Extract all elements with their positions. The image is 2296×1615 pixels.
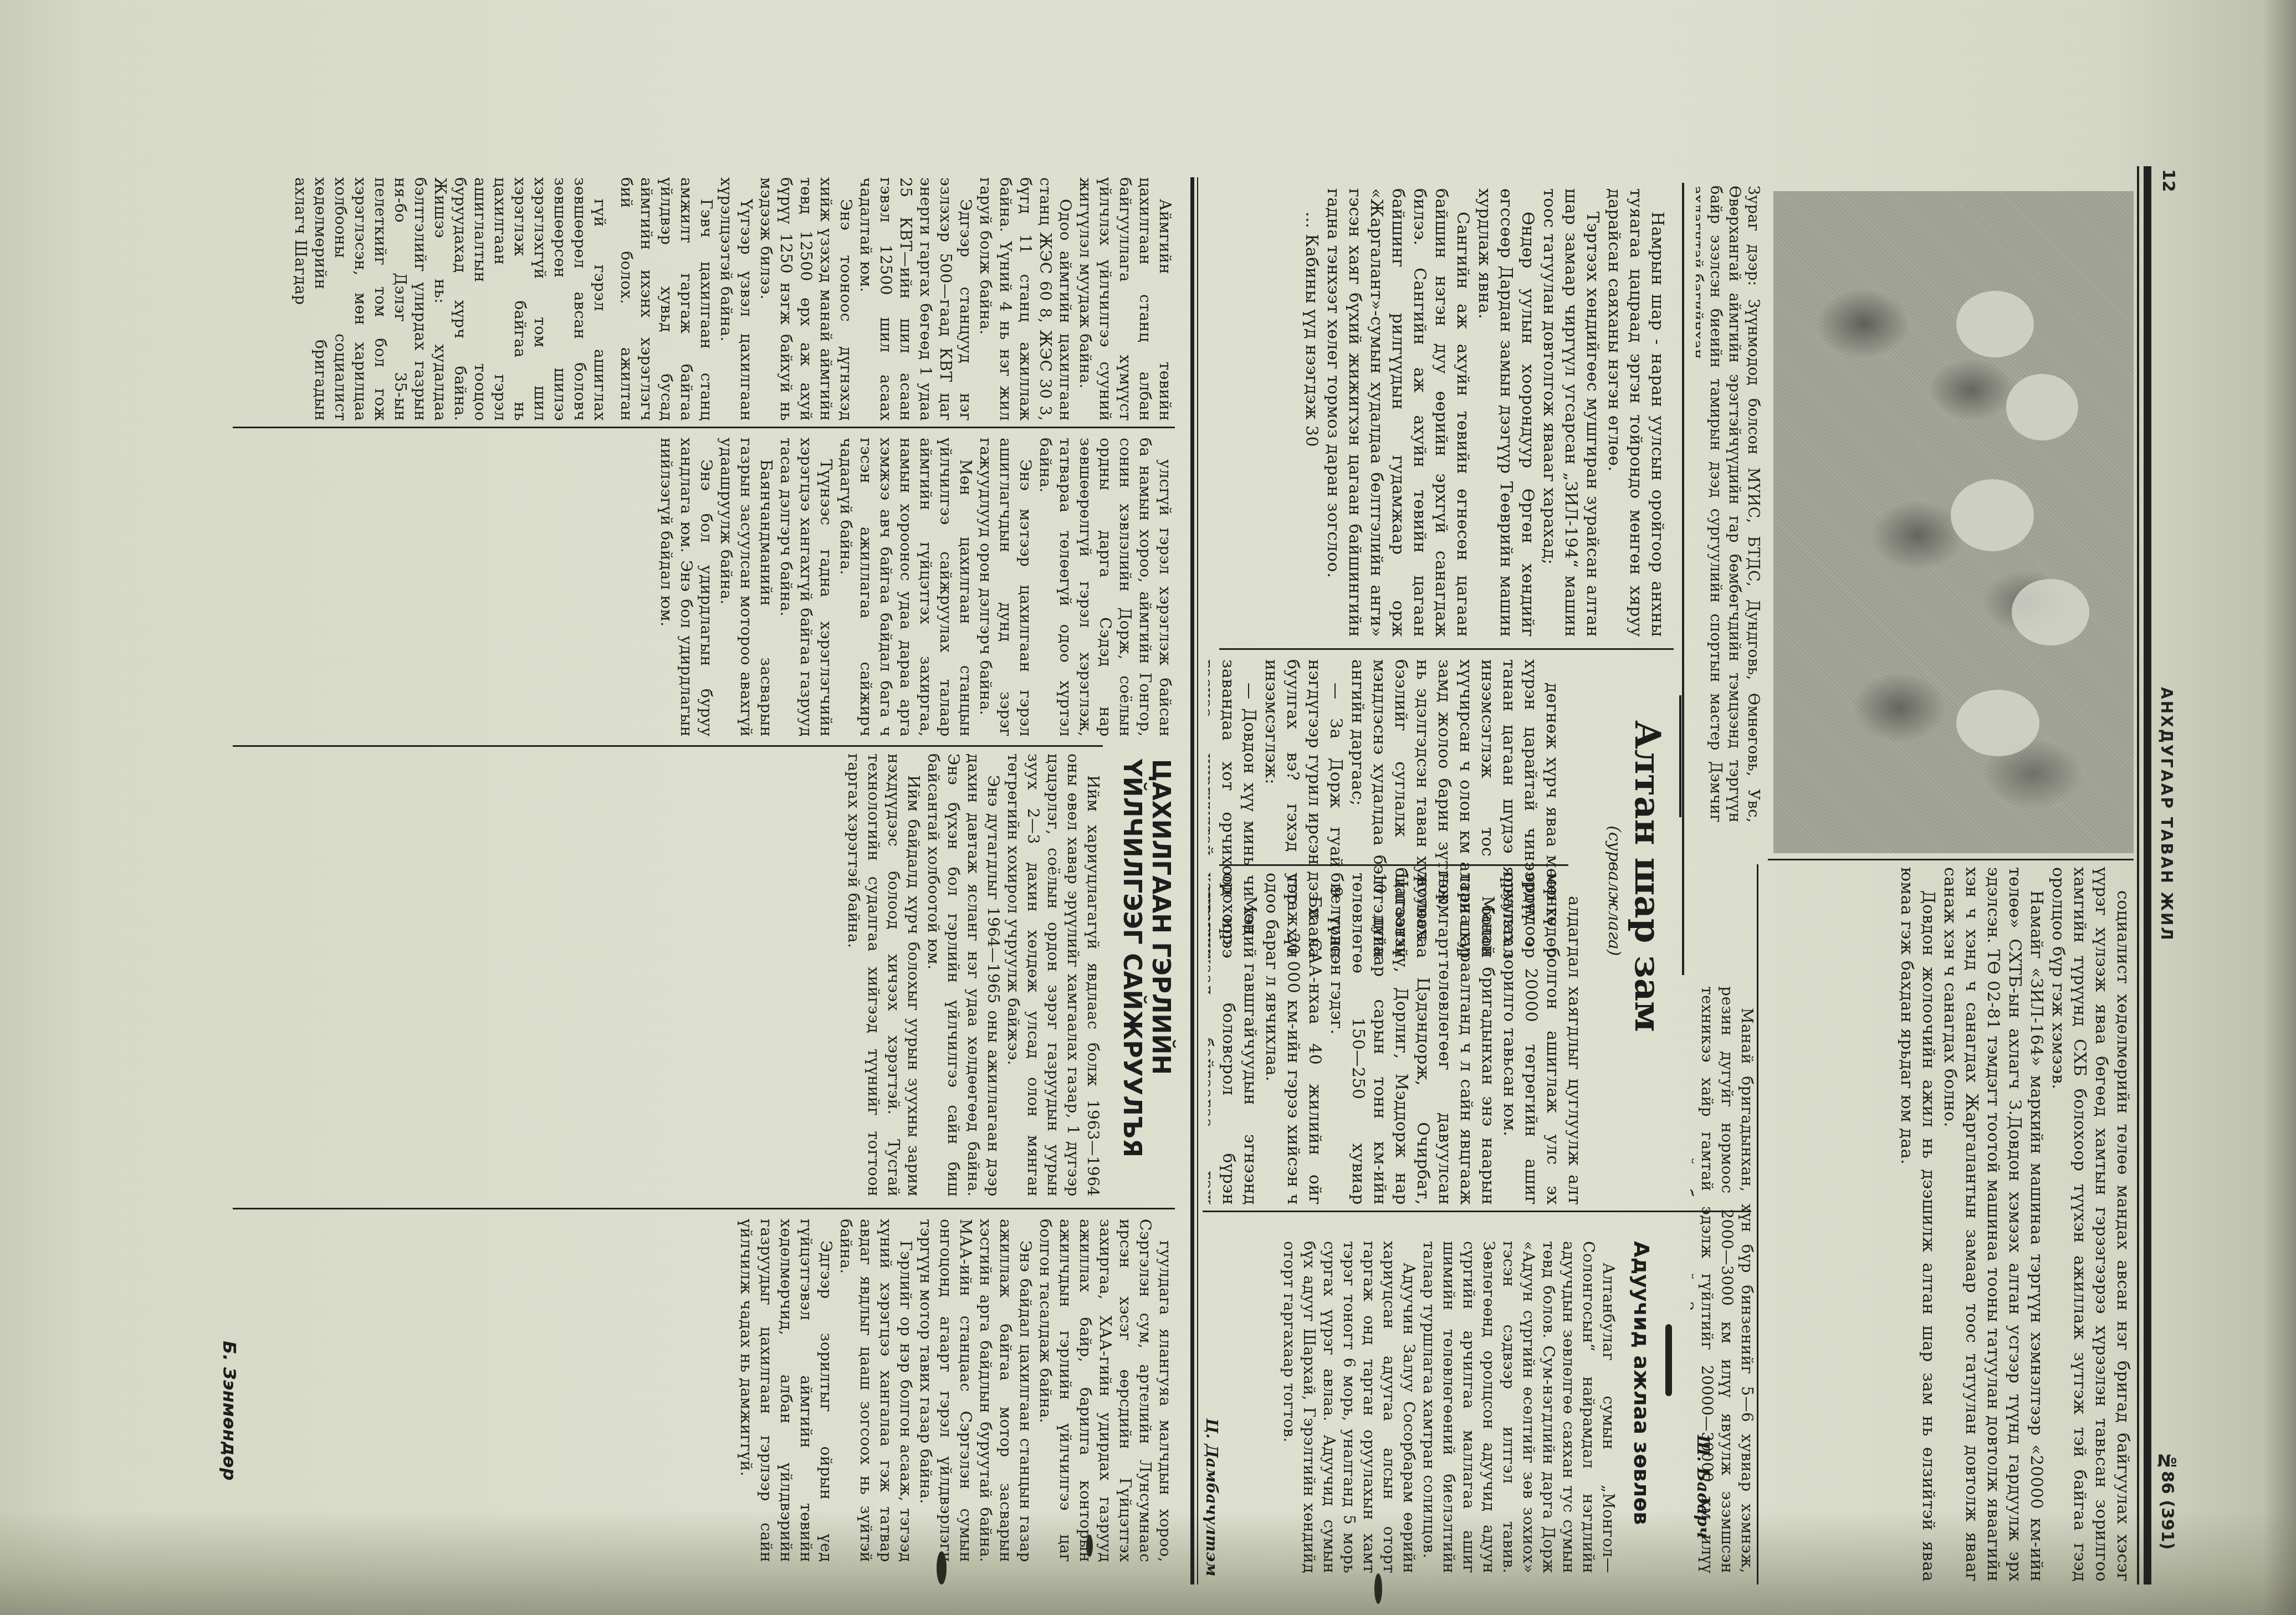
column-rule bbox=[1219, 648, 1674, 650]
paragraph: Аймгийн төвийн цахилгаан станц албан бай… bbox=[1075, 177, 1175, 421]
paragraph: ... Кабины үүд нээгдэж 30 bbox=[1301, 188, 1322, 637]
photo-face bbox=[2006, 374, 2078, 440]
golden-road-subtitle: (сурвалжлага) bbox=[1604, 826, 1624, 956]
electric-light-col4: Ийм хариуцлагагүй явдлаас болж 1963—1964… bbox=[233, 753, 1103, 1197]
golden-road-left-rule bbox=[1757, 864, 1758, 1585]
paper-tear bbox=[1086, 1535, 1093, 1557]
paragraph: Энэ бол удирдлагын буруу хандлага юм. Эн… bbox=[656, 438, 716, 737]
paragraph: алдагдал хаягдлыг цуглуулж алт мөнгө бол… bbox=[1499, 873, 1585, 1205]
paragraph: Эдгээр станцууд нэг эзлэхэр 500—гаад КВТ… bbox=[856, 177, 975, 421]
horse-herders-author: Ц. Дамбачүлтэм bbox=[1203, 1418, 1221, 1576]
electric-light-col1: Аймгийн төвийн цахилгаан станц албан бай… bbox=[621, 177, 1175, 421]
paragraph: гуулдага ялангуяа малчдын хороо, Сэргэлэ… bbox=[1035, 1219, 1175, 1562]
page-edge-shadow bbox=[2263, 0, 2296, 1615]
photo-face bbox=[1956, 690, 2039, 756]
column-rule bbox=[1219, 864, 1568, 866]
horse-herders-body: Алтанбулаг сумын „Монгол—Солонгосын“ най… bbox=[1219, 1241, 1618, 1573]
paragraph: Ийм байдалд хүрч болохыг уурын зуухны за… bbox=[843, 753, 923, 1197]
column-rule bbox=[233, 1208, 1175, 1209]
paragraph: Энэ мэтээр цахилгаан гэрэл ашиглагчдын д… bbox=[975, 438, 1035, 737]
electric-light-col5: гуулдага ялангуяа малчдын хороо, Сэргэлэ… bbox=[260, 1219, 1175, 1562]
masthead-rule bbox=[2144, 166, 2151, 1585]
paragraph: Намайг «ЗИЛ-164» маркийн машинаа тэргүүн… bbox=[1939, 867, 2047, 1582]
paper-tear bbox=[1374, 1573, 1382, 1604]
paragraph: Довдон жолоочийн ажил нь дээшилж алтан ш… bbox=[1896, 867, 1939, 1582]
paper-tear bbox=[937, 1551, 947, 1585]
paragraph: Үүгээр үзвэл цахилгаан хүрэлцээтэй байна… bbox=[716, 177, 756, 421]
paragraph: Алтанбулаг сумын „Монгол—Солонгосын“ най… bbox=[1419, 1241, 1618, 1573]
paragraph: Энэ байдал цахилгаан станцын газар ажилл… bbox=[916, 1219, 1035, 1562]
section-title: АНХДУГААР ТАВАН ЖИЛ bbox=[2157, 687, 2176, 942]
paragraph: Сангийн аж ахуйн төвийн өгнөсөн цагаан б… bbox=[1322, 188, 1474, 637]
photo-caption: Зураг дээр: Зүүнмодод болсон МҮИС, БТДС,… bbox=[1696, 186, 1762, 823]
paragraph: социалист хөдөлмөрийн төлөө мандах авсан… bbox=[2047, 867, 2134, 1582]
photo-face bbox=[1951, 479, 2034, 551]
divider-ornament bbox=[1665, 1324, 1672, 1396]
paragraph: Эдгээр зорилтыг ойрын үед гүйцэтгэвэл ай… bbox=[736, 1219, 836, 1562]
golden-road-title: Алтан шар зам bbox=[1627, 720, 1668, 1032]
paragraph: Намрын шар - наран уулсын оройгоор анхны… bbox=[1603, 188, 1668, 637]
electric-light-col3: улсгүй гэрэл хэрэглэж байсан ба намын хо… bbox=[233, 438, 1175, 737]
paragraph: Энэ дутагдлыг 1964—1965 оны ажиллагаан д… bbox=[923, 753, 1003, 1197]
paragraph: улсгүй гэрэл хэрэглэж байсан ба намын хо… bbox=[1035, 438, 1175, 737]
paragraph: Манай бригадынхан энэ наарын тариа хураа… bbox=[1326, 873, 1499, 1205]
column-rule bbox=[233, 427, 1175, 428]
section-divider-thin bbox=[1197, 177, 1198, 1585]
paragraph: Тэртээх хөндийгөөс мушгиран зурайсан алт… bbox=[1538, 188, 1603, 637]
photo-face bbox=[1956, 291, 2034, 357]
section-divider bbox=[1190, 177, 1194, 1585]
paragraph: Одоо аймгийн цахилгаан станц ЖЭС 60 8, Ж… bbox=[975, 177, 1075, 421]
column-rule bbox=[233, 745, 1103, 747]
electric-light-title: ЦАХИЛГААН ГЭРЛИЙН ҮЙЛЧИЛГЭЭГ САЙЖРУУЛЪЯ bbox=[1114, 759, 1175, 1258]
caption-rule bbox=[1682, 183, 1684, 975]
paragraph: Өндөр уулын хоорондуур Өргөн хөндийг өгс… bbox=[1474, 188, 1538, 637]
paragraph: Мөн гавшгайчуудын эгнээнд орохоор боловс… bbox=[1208, 873, 1261, 1205]
photo-bottom-rule bbox=[1768, 859, 2134, 860]
issue-number: №86 (391) bbox=[2157, 1452, 2177, 1550]
golden-road-col1: Намрын шар - наран уулсын оройгоор анхны… bbox=[1208, 188, 1668, 637]
headline-rule bbox=[1679, 695, 1681, 817]
photo-face bbox=[2012, 579, 2089, 645]
page-number: 12 bbox=[2159, 169, 2178, 192]
paragraph: Ийм хариуцлагагүй явдлаас болж 1963—1964… bbox=[1003, 753, 1103, 1197]
paragraph: Би САА-нхаа 40 жилийн ойг угтаж 20 000 к… bbox=[1261, 873, 1326, 1205]
paragraph: Гэвч цахилгаан станц амжилт гаргаж байга… bbox=[621, 177, 716, 421]
paragraph: Адуучин Залуу Сосорбарам өөрийн хариуцса… bbox=[1279, 1241, 1419, 1573]
paragraph: гүй гэрэл ашиглах зөвшөөрөл авсан боловч… bbox=[290, 177, 610, 421]
masthead-rule-thin bbox=[2137, 166, 2139, 1585]
paragraph: Энэ тооноос дүгнэхэд хийж үзэхэд манай а… bbox=[756, 177, 856, 421]
paragraph: Мөн цахилгаан станцын үйлчилгээ сайжруул… bbox=[836, 438, 975, 737]
electric-light-author: Б. Зэнмөндөр bbox=[219, 1341, 240, 1480]
horse-herders-title: Адуучид ажлаа зөвлөв bbox=[1629, 1241, 1654, 1525]
column-rule bbox=[1203, 1211, 1751, 1212]
paragraph: Баянчандманийн засварын газрын засуулсан… bbox=[716, 438, 776, 737]
paragraph: Түүнээс гадна хэрэглэгчийн хэрэгцээ ханг… bbox=[776, 438, 836, 737]
golden-road-col5: социалист хөдөлмөрийн төлөө мандах авсан… bbox=[1768, 867, 2134, 1582]
golden-road-col3: алдагдал хаягдлыг цуглуулж алт мөнгө бол… bbox=[1208, 873, 1585, 1205]
electric-light-col2: гүй гэрэл ашиглах зөвшөөрөл авсан боловч… bbox=[222, 177, 610, 421]
golden-road-author: Ш. Бадарч bbox=[1693, 1435, 1712, 1539]
paragraph: Гэрлийг ор нэр болгон асааж, тэгээд хүни… bbox=[836, 1219, 916, 1562]
group-photo bbox=[1773, 191, 2134, 853]
